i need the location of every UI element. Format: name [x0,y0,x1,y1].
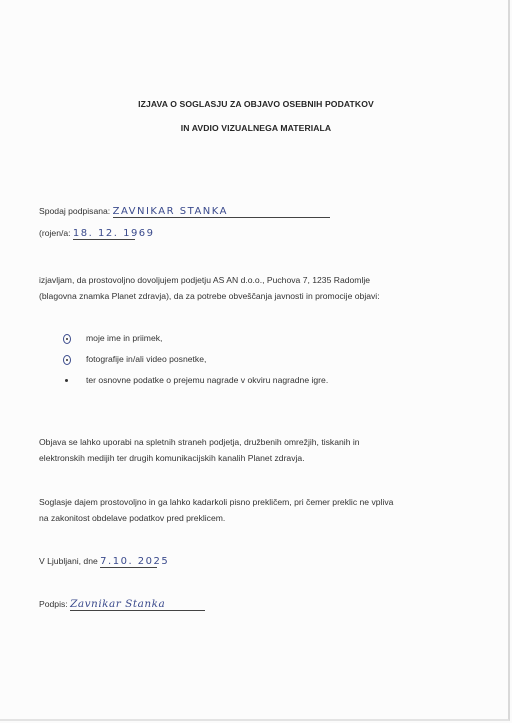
statement-line-2: (blagovna znamka Planet zdravja), da za … [39,291,380,301]
document-title-line-1: IZJAVA O SOGLASJU ZA OBJAVO OSEBNIH PODA… [0,99,512,109]
document-title-line-2: IN AVDIO VIZUALNEGA MATERIALA [0,123,512,133]
list-item-text: ter osnovne podatke o prejemu nagrade v … [86,375,328,385]
usage-line-2: elektronskih medijih ter drugih komunika… [39,453,305,463]
list-item: ter osnovne podatke o prejemu nagrade v … [64,375,78,385]
list-item-text: fotografije in/ali video posnetke, [86,354,206,364]
signature-field: Zavnikar Stanka [70,598,205,611]
revoke-line-2: na zakonitost obdelave podatkov pred pre… [39,513,225,523]
signee-name-field: ZAVNIKAR STANKA [113,206,330,218]
list-item: moje ime in priimek, [64,333,78,344]
usage-line-1: Objava se lahko uporabi na spletnih stra… [39,437,360,447]
bullet-dot-icon [65,379,68,382]
place-date-row: V Ljubljani, dne 7.10. 2025 [39,556,157,568]
birth-label: (rojen/a: [39,228,71,238]
circled-bullet-icon [63,334,71,344]
list-item-text: moje ime in priimek, [86,333,162,343]
signature-row: Podpis: Zavnikar Stanka [39,598,205,611]
revoke-line-1: Soglasje dajem prostovoljno in ga lahko … [39,497,393,507]
date-field: 7.10. 2025 [100,556,157,568]
signature-label: Podpis: [39,599,68,609]
document-page: IZJAVA O SOGLASJU ZA OBJAVO OSEBNIH PODA… [0,0,510,721]
date-handwritten: 7.10. 2025 [100,556,169,567]
birth-date-field: 18. 12. 1969 [73,228,135,240]
signee-label: Spodaj podpisana: [39,206,110,216]
list-item: fotografije in/ali video posnetke, [64,354,78,365]
birth-row: (rojen/a: 18. 12. 1969 [39,228,135,240]
signee-name-handwritten: ZAVNIKAR STANKA [113,206,228,217]
birth-date-handwritten: 18. 12. 1969 [73,228,155,239]
circled-bullet-icon [63,355,71,365]
statement-line-1: izjavljam, da prostovoljno dovoljujem po… [39,275,370,285]
place-label: V Ljubljani, dne [39,556,98,566]
signee-row: Spodaj podpisana: ZAVNIKAR STANKA [39,206,330,218]
signature-handwritten: Zavnikar Stanka [70,598,165,610]
